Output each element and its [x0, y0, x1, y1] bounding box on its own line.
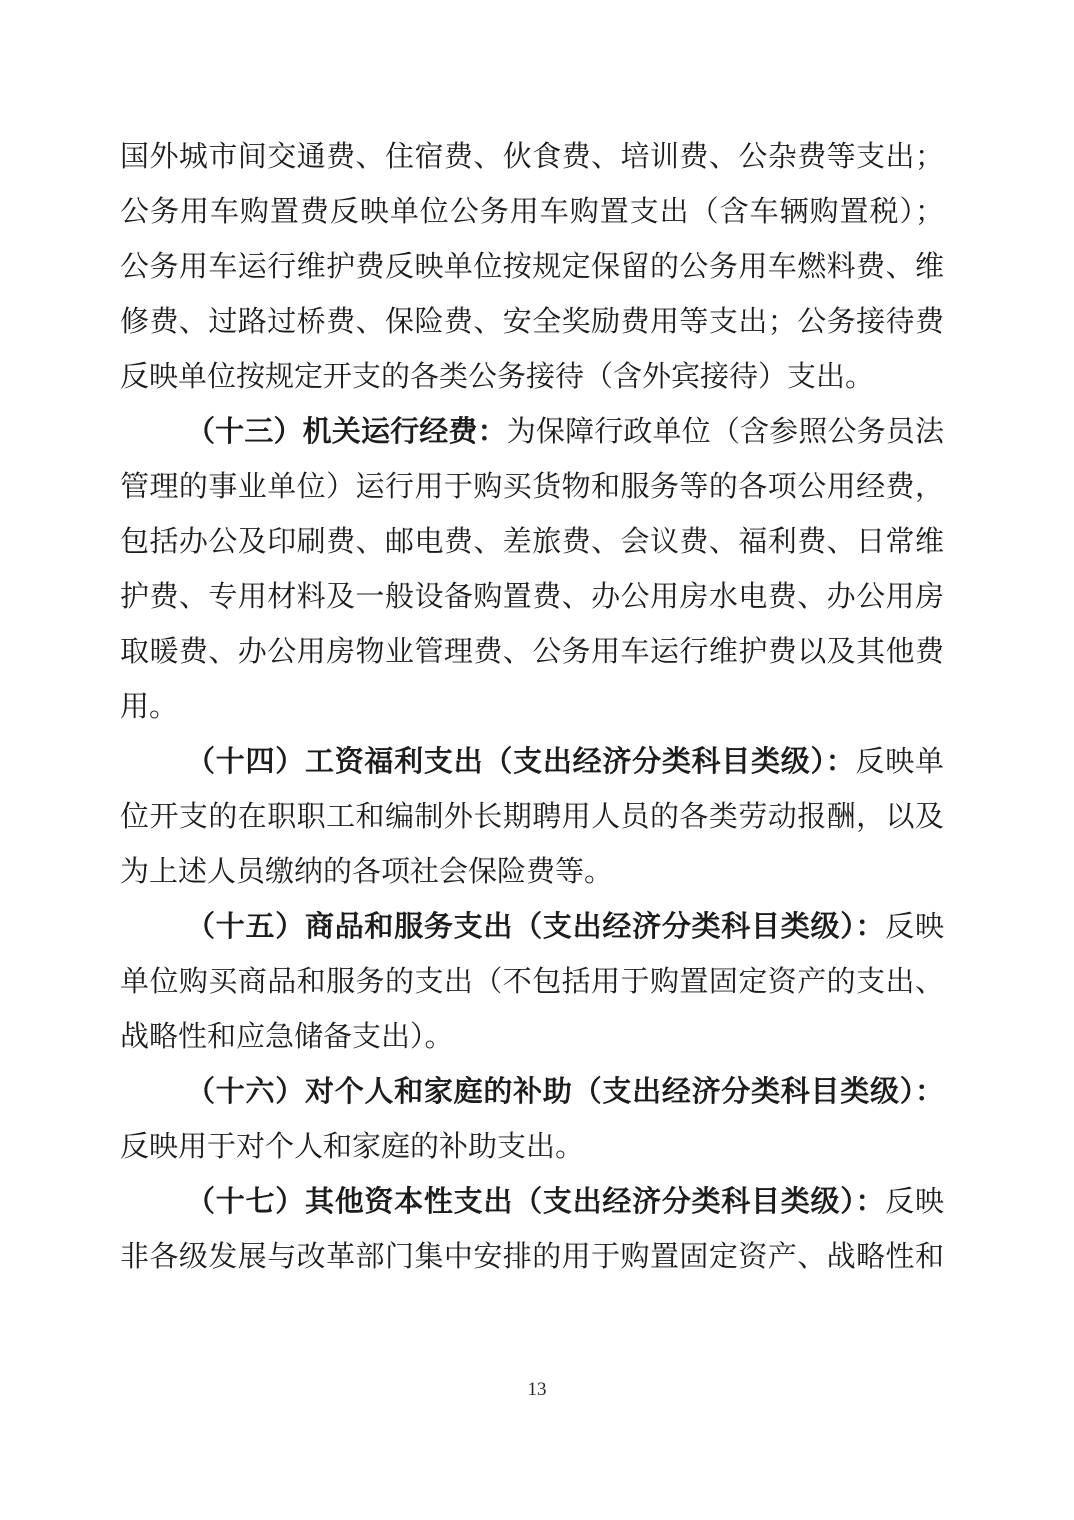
text-line: 修费、过路过桥费、保险费、安全奖励费用等支出；公务接待费 [120, 295, 944, 350]
body-text: 战略性和应急储备支出）。 [120, 1021, 454, 1053]
body-text: 包括办公及印刷费、邮电费、差旅费、会议费、福利费、日常维 [120, 526, 944, 558]
page-number: 13 [0, 1376, 1074, 1404]
body-text: 反映单位按规定开支的各类公务接待（含外宾接待）支出。 [120, 361, 874, 393]
text-line: 战略性和应急储备支出）。 [120, 1010, 944, 1065]
text-line: 包括办公及印刷费、邮电费、差旅费、会议费、福利费、日常维 [120, 515, 944, 570]
body-text: 用。 [120, 691, 178, 723]
text-line: 公务用车运行维护费反映单位按规定保留的公务用车燃料费、维 [120, 240, 944, 295]
document-page: 国外城市间交通费、住宿费、伙食费、培训费、公杂费等支出； 公务用车购置费反映单位… [0, 0, 1074, 1520]
text-line: 为上述人员缴纳的各项社会保险费等。 [120, 845, 944, 900]
text-line: 公务用车购置费反映单位公务用车购置支出（含车辆购置税）； [120, 185, 944, 240]
body-text: 国外城市间交通费、住宿费、伙食费、培训费、公杂费等支出； [120, 141, 944, 173]
text-line-heading-13: （十三）机关运行经费：为保障行政单位（含参照公务员法 [120, 405, 944, 460]
text-line: 反映用于对个人和家庭的补助支出。 [120, 1120, 944, 1175]
heading-bold-text: （十七）其他资本性支出（支出经济分类科目类级）： [186, 1186, 885, 1218]
body-text: 取暖费、办公用房物业管理费、公务用车运行维护费以及其他费 [120, 636, 944, 668]
heading-bold-text: （十六）对个人和家庭的补助（支出经济分类科目类级）： [186, 1076, 944, 1108]
body-text: 公务用车运行维护费反映单位按规定保留的公务用车燃料费、维 [120, 251, 944, 283]
heading-bold-text: （十三）机关运行经费： [186, 416, 507, 448]
text-line-heading-16: （十六）对个人和家庭的补助（支出经济分类科目类级）： [120, 1065, 944, 1120]
text-line: 护费、专用材料及一般设备购置费、办公用房水电费、办公用房 [120, 570, 944, 625]
text-line: 管理的事业单位）运行用于购买货物和服务等的各项公用经费， [120, 460, 944, 515]
text-line-heading-14: （十四）工资福利支出（支出经济分类科目类级）：反映单 [120, 735, 944, 790]
text-line: 用。 [120, 680, 944, 735]
body-text: 反映 [885, 1186, 944, 1218]
heading-bold-text: （十四）工资福利支出（支出经济分类科目类级）： [186, 746, 856, 778]
body-text: 管理的事业单位）运行用于购买货物和服务等的各项公用经费， [120, 471, 944, 503]
text-line: 国外城市间交通费、住宿费、伙食费、培训费、公杂费等支出； [120, 130, 944, 185]
text-block: 国外城市间交通费、住宿费、伙食费、培训费、公杂费等支出； 公务用车购置费反映单位… [120, 130, 944, 1285]
body-text: 为上述人员缴纳的各项社会保险费等。 [120, 856, 613, 888]
body-text: 反映 [885, 911, 944, 943]
body-text: 反映单 [856, 746, 944, 778]
body-text: 修费、过路过桥费、保险费、安全奖励费用等支出；公务接待费 [120, 306, 944, 338]
text-line: 反映单位按规定开支的各类公务接待（含外宾接待）支出。 [120, 350, 944, 405]
body-text: 为保障行政单位（含参照公务员法 [507, 416, 944, 448]
text-line: 位开支的在职职工和编制外长期聘用人员的各类劳动报酬，以及 [120, 790, 944, 845]
body-text: 位开支的在职职工和编制外长期聘用人员的各类劳动报酬，以及 [120, 801, 944, 833]
text-line-heading-17: （十七）其他资本性支出（支出经济分类科目类级）：反映 [120, 1175, 944, 1230]
heading-bold-text: （十五）商品和服务支出（支出经济分类科目类级）： [186, 911, 885, 943]
text-line: 单位购买商品和服务的支出（不包括用于购置固定资产的支出、 [120, 955, 944, 1010]
body-text: 非各级发展与改革部门集中安排的用于购置固定资产、战略性和 [120, 1241, 944, 1273]
body-text: 单位购买商品和服务的支出（不包括用于购置固定资产的支出、 [120, 966, 944, 998]
text-line: 取暖费、办公用房物业管理费、公务用车运行维护费以及其他费 [120, 625, 944, 680]
text-line: 非各级发展与改革部门集中安排的用于购置固定资产、战略性和 [120, 1230, 944, 1285]
body-text: 反映用于对个人和家庭的补助支出。 [120, 1131, 584, 1163]
text-line-heading-15: （十五）商品和服务支出（支出经济分类科目类级）：反映 [120, 900, 944, 955]
body-text: 公务用车购置费反映单位公务用车购置支出（含车辆购置税）； [120, 196, 944, 228]
body-text: 护费、专用材料及一般设备购置费、办公用房水电费、办公用房 [120, 581, 944, 613]
